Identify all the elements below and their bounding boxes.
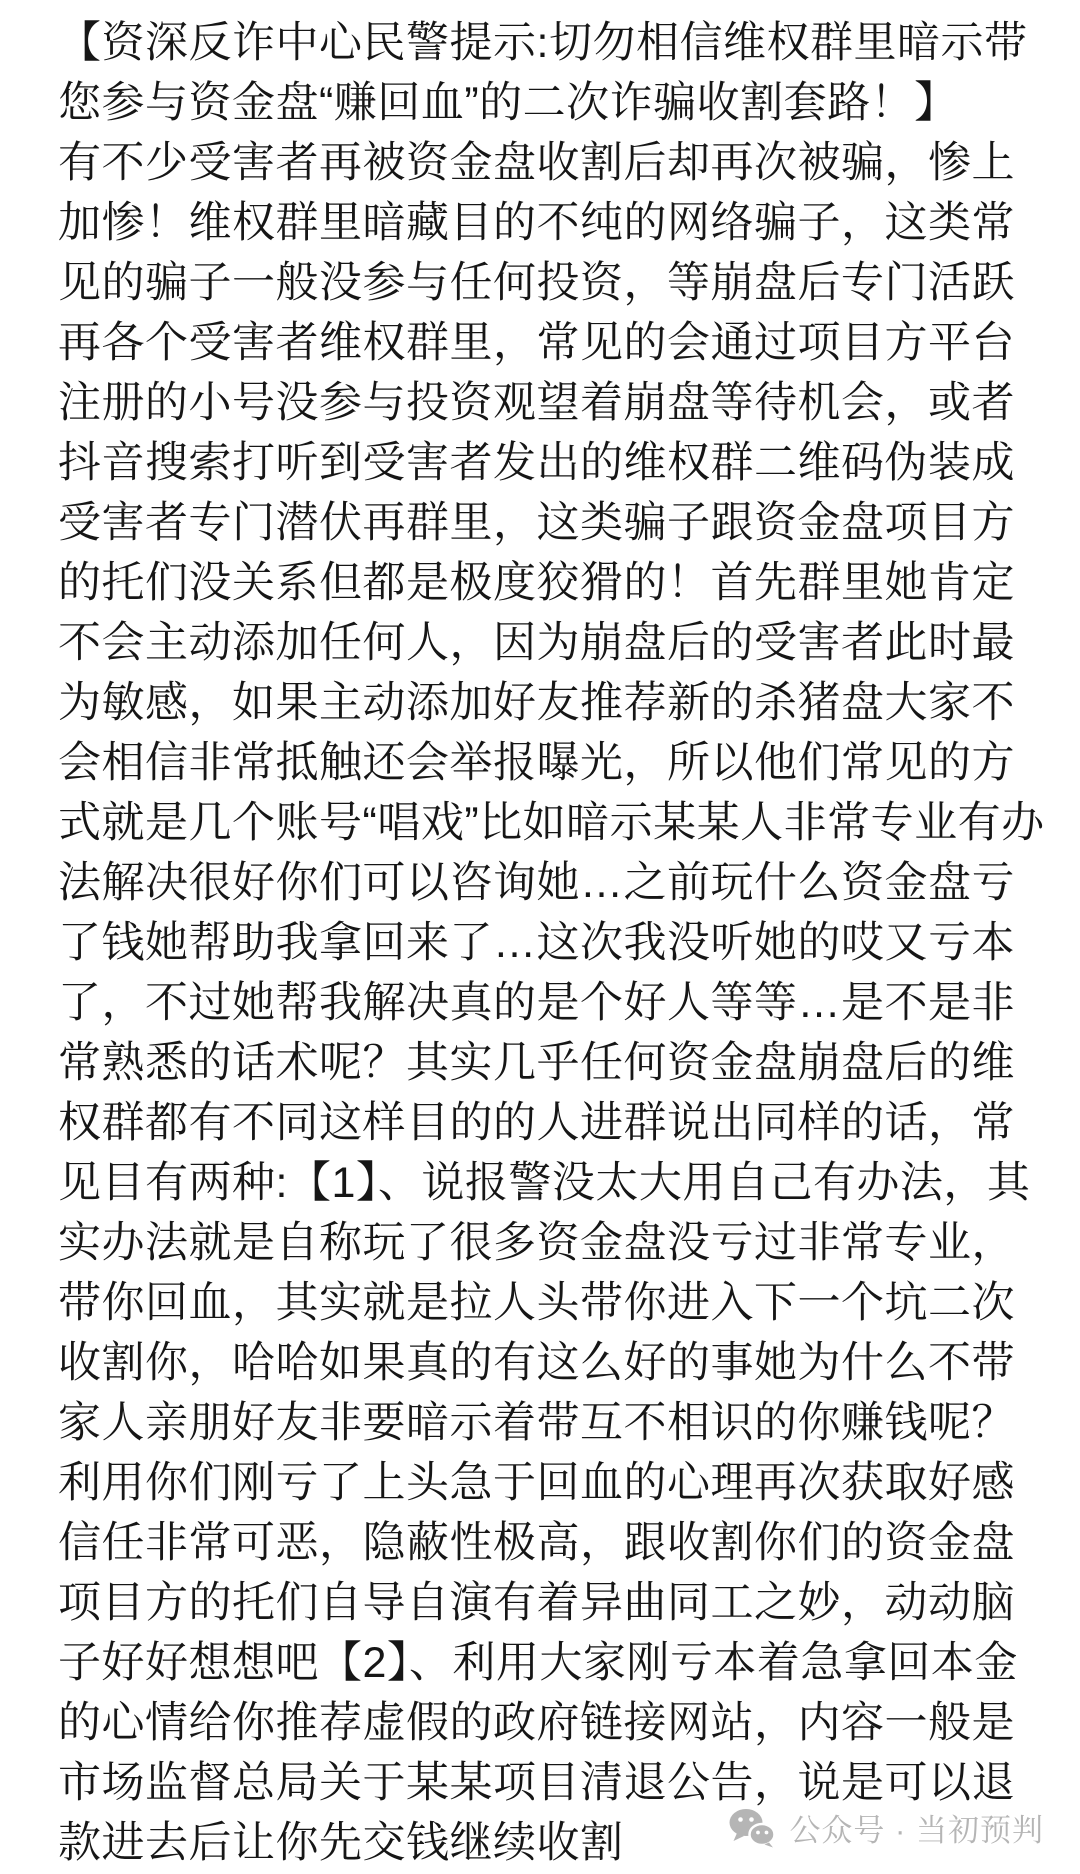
text-line: 利用你们刚亏了上头急于回血的心理再次获取好感 bbox=[58, 1453, 1040, 1513]
text-line: 您参与资金盘“赚回血”的二次诈骗收割套路！】 bbox=[58, 73, 1040, 133]
text-line: 带你回血，其实就是拉人头带你进入下一个坑二次 bbox=[58, 1273, 1040, 1333]
text-line: 见目有两种:【1】、说报警没太大用自己有办法，其 bbox=[58, 1153, 1040, 1213]
text-line: 【资深反诈中心民警提示:切勿相信维权群里暗示带 bbox=[58, 13, 1040, 73]
text-line: 子好好想想吧【2】、利用大家刚亏本着急拿回本金 bbox=[58, 1633, 1040, 1693]
text-line: 收割你，哈哈如果真的有这么好的事她为什么不带 bbox=[58, 1333, 1040, 1393]
watermark-text: 公众号 · 当初预判 bbox=[789, 1805, 1044, 1850]
text-line: 家人亲朋好友非要暗示着带互不相识的你赚钱呢？ bbox=[58, 1393, 1040, 1453]
wechat-icon bbox=[728, 1808, 776, 1848]
text-line: 不会主动添加任何人，因为崩盘后的受害者此时最 bbox=[58, 613, 1040, 673]
text-line: 会相信非常抵触还会举报曝光，所以他们常见的方 bbox=[58, 733, 1040, 793]
text-line: 式就是几个账号“唱戏”比如暗示某某人非常专业有办 bbox=[58, 793, 1040, 853]
text-line: 了，不过她帮我解决真的是个好人等等…是不是非 bbox=[58, 973, 1040, 1033]
text-line: 法解决很好你们可以咨询她…之前玩什么资金盘亏 bbox=[58, 853, 1040, 913]
text-line: 加惨！维权群里暗藏目的不纯的网络骗子，这类常 bbox=[58, 193, 1040, 253]
text-line: 的托们没关系但都是极度狡猾的！首先群里她肯定 bbox=[58, 553, 1040, 613]
text-line: 抖音搜索打听到受害者发出的维权群二维码伪装成 bbox=[58, 433, 1040, 493]
text-line: 再各个受害者维权群里，常见的会通过项目方平台 bbox=[58, 313, 1040, 373]
text-line: 常熟悉的话术呢？其实几乎任何资金盘崩盘后的维 bbox=[58, 1033, 1040, 1093]
text-line: 为敏感，如果主动添加好友推荐新的杀猪盘大家不 bbox=[58, 673, 1040, 733]
text-line: 受害者专门潜伏再群里，这类骗子跟资金盘项目方 bbox=[58, 493, 1040, 553]
text-line: 了钱她帮助我拿回来了…这次我没听她的哎又亏本 bbox=[58, 913, 1040, 973]
text-line: 项目方的托们自导自演有着异曲同工之妙，动动脑 bbox=[58, 1573, 1040, 1633]
text-line: 注册的小号没参与投资观望着崩盘等待机会，或者 bbox=[58, 373, 1040, 433]
article-text: 【资深反诈中心民警提示:切勿相信维权群里暗示带 您参与资金盘“赚回血”的二次诈骗… bbox=[58, 13, 1040, 1873]
watermark: 公众号 · 当初预判 bbox=[728, 1805, 1044, 1850]
text-line: 实办法就是自称玩了很多资金盘没亏过非常专业， bbox=[58, 1213, 1040, 1273]
text-line: 的心情给你推荐虚假的政府链接网站，内容一般是 bbox=[58, 1693, 1040, 1753]
text-line: 信任非常可恶，隐蔽性极高，跟收割你们的资金盘 bbox=[58, 1513, 1040, 1573]
text-line: 权群都有不同这样目的的人进群说出同样的话，常 bbox=[58, 1093, 1040, 1153]
text-line: 见的骗子一般没参与任何投资，等崩盘后专门活跃 bbox=[58, 253, 1040, 313]
text-line: 有不少受害者再被资金盘收割后却再次被骗，惨上 bbox=[58, 133, 1040, 193]
text-line: 市场监督总局关于某某项目清退公告，说是可以退 bbox=[58, 1753, 1040, 1813]
article-page: 【资深反诈中心民警提示:切勿相信维权群里暗示带 您参与资金盘“赚回血”的二次诈骗… bbox=[0, 0, 1080, 1874]
